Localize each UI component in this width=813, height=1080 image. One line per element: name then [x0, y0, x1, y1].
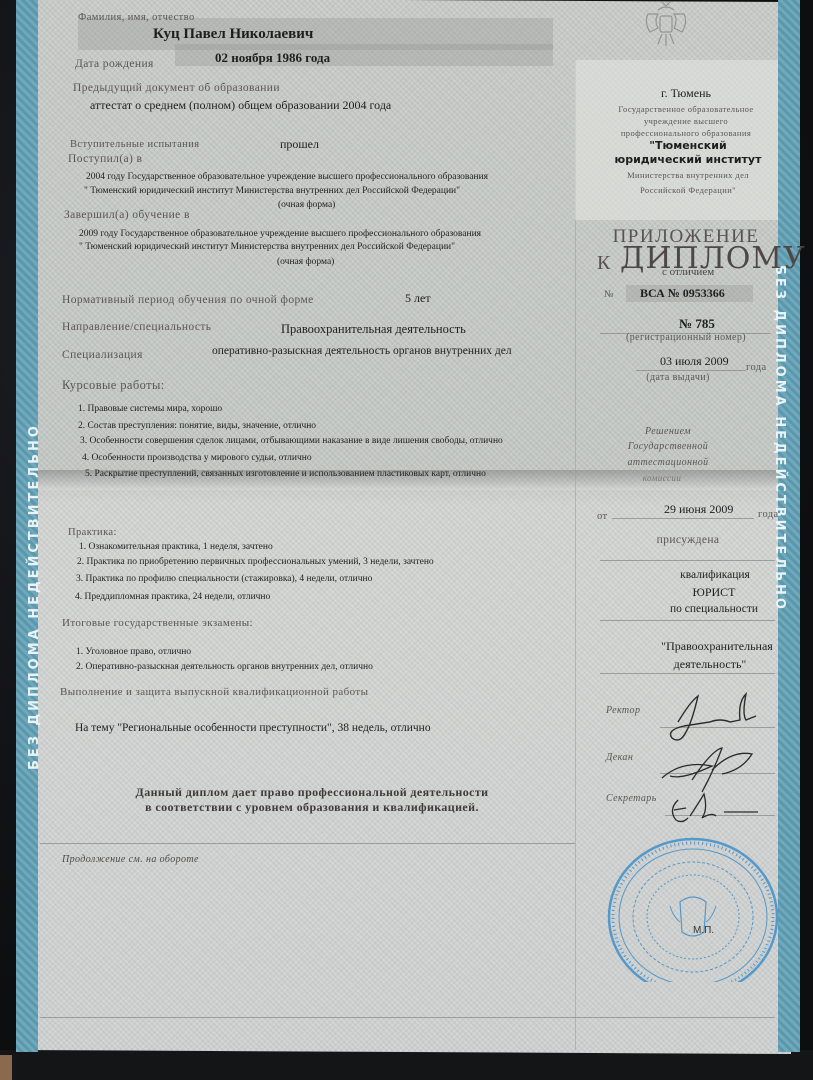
issue-year-suffix: года: [746, 362, 767, 373]
practice-label: Практика:: [68, 527, 117, 538]
entrance-value: прошел: [280, 137, 319, 152]
fio-value: Куц Павел Николаевич: [153, 26, 313, 43]
table-edge: [0, 1055, 12, 1080]
fio-label: Фамилия, имя, отчество: [78, 12, 195, 23]
specialization-value: оперативно-разыскная деятельность органо…: [212, 345, 512, 357]
completion-form: (очная форма): [277, 257, 334, 267]
admission-form: (очная форма): [278, 200, 335, 210]
birth-label: Дата рождения: [75, 58, 154, 70]
line: [600, 560, 775, 561]
registration-number: № 785: [679, 316, 715, 332]
completion-label: Завершил(а) обучение в: [64, 209, 190, 221]
prev-doc-value: аттестат о среднем (полном) общем образо…: [90, 98, 391, 113]
period-value: 5 лет: [405, 291, 431, 306]
admission-label: Поступил(а) в: [68, 153, 142, 165]
commission-date-line: [612, 518, 754, 519]
institution-city: г. Тюмень: [661, 86, 711, 101]
bottom-border-line: [40, 1017, 775, 1018]
rights-line2: в соответствии с уровнем образования и к…: [145, 800, 479, 815]
commission-line4: комиссии: [643, 473, 681, 483]
supplement-title-k: К: [597, 252, 612, 275]
practice-item: 1. Ознакомительная практика, 1 неделя, з…: [79, 542, 273, 552]
secretary-label: Секретарь: [606, 793, 657, 804]
issue-label: (дата выдачи): [646, 372, 710, 383]
completion-line1: 2009 году Государственное образовательно…: [79, 229, 481, 239]
issue-line: [636, 370, 746, 371]
commission-line2: Государственной: [628, 441, 708, 452]
issue-date: 03 июля 2009: [660, 354, 729, 369]
continuation-note: Продолжение см. на обороте: [62, 854, 199, 865]
honors-label: с отличием: [662, 266, 714, 278]
registration-label: (регистрационный номер): [626, 332, 746, 343]
completion-line2: " Тюменский юридический институт Министе…: [79, 242, 455, 252]
commission-line1: Решением: [645, 426, 691, 437]
coursework-item: 4. Особенности производства у мирового с…: [82, 453, 312, 463]
specialization-label: Специализация: [62, 349, 143, 361]
commission-date: 29 июня 2009: [664, 502, 733, 517]
line: [600, 673, 775, 674]
thesis-label: Выполнение и защита выпускной квалификац…: [60, 686, 368, 698]
thesis-value: На тему "Региональные особенности престу…: [75, 722, 431, 734]
practice-item: 2. Практика по приобретению первичных пр…: [77, 557, 434, 567]
practice-item: 3. Практика по профилю специальности (ст…: [76, 574, 372, 584]
institution-ministry1: Министерства внутренних дел: [627, 170, 749, 180]
direction-value: Правоохранительная деятельность: [281, 322, 466, 337]
practice-item: 4. Преддипломная практика, 24 недели, от…: [75, 592, 270, 602]
line: [600, 620, 775, 621]
institution-line1: Государственное образовательное: [618, 104, 753, 114]
security-strip-text-left: БЕЗ ДИПЛОМА НЕДЕЙСТВИТЕЛЬНО: [27, 423, 42, 770]
awarded-label: присуждена: [657, 534, 720, 546]
qualification-label: квалификация: [680, 569, 750, 581]
coursework-item: 1. Правовые системы мира, хорошо: [78, 404, 222, 414]
entrance-label: Вступительные испытания: [70, 139, 199, 150]
specialty-value2: деятельность": [674, 657, 747, 672]
institution-line3: профессионального образования: [621, 128, 751, 138]
specialty-label: по специальности: [670, 603, 758, 615]
rights-line1: Данный диплом дает право профессионально…: [136, 785, 489, 800]
commission-year-suffix: года: [758, 509, 779, 520]
divider-line: [40, 843, 575, 844]
exam-item: 2. Оперативно-разыскная деятельность орг…: [76, 662, 373, 672]
coursework-item: 2. Состав преступления: понятие, виды, з…: [78, 421, 316, 431]
official-seal-icon: [600, 822, 790, 982]
commission-from-label: от: [597, 511, 608, 522]
direction-label: Направление/специальность: [62, 321, 211, 333]
period-label: Нормативный период обучения по очной фор…: [62, 294, 314, 306]
exam-item: 1. Уголовное право, отлично: [76, 647, 191, 657]
coursework-item: 5. Раскрытие преступлений, связанных изг…: [85, 469, 486, 479]
dean-label: Декан: [606, 752, 633, 763]
coursework-item: 3. Особенности совершения сделок лицами,…: [80, 436, 503, 446]
admission-line1: 2004 году Государственное образовательно…: [86, 172, 488, 182]
birth-value: 02 ноября 1986 года: [215, 50, 330, 66]
table-surface: [0, 1050, 813, 1080]
coat-of-arms-icon: [638, 0, 694, 48]
coursework-label: Курсовые работы:: [62, 378, 165, 393]
prev-doc-label: Предыдущий документ об образовании: [73, 82, 280, 94]
specialty-value1: "Правоохранительная: [661, 639, 773, 654]
institution-name1: "Тюменский: [649, 139, 726, 152]
institution-line2: учреждение высшего: [644, 116, 728, 126]
qualification-value: ЮРИСТ: [692, 585, 735, 600]
institution-name2: юридический институт: [615, 153, 762, 166]
diploma-number-prefix: №: [604, 289, 614, 300]
seal-label: М.П.: [693, 925, 714, 936]
rector-label: Ректор: [606, 705, 640, 716]
admission-line2: " Тюменский юридический институт Министе…: [84, 186, 460, 196]
diploma-number: ВСА № 0953366: [640, 286, 725, 301]
institution-ministry2: Российской Федерации": [640, 185, 736, 195]
exams-label: Итоговые государственные экзамены:: [62, 617, 253, 629]
commission-line3: аттестационной: [627, 457, 708, 468]
